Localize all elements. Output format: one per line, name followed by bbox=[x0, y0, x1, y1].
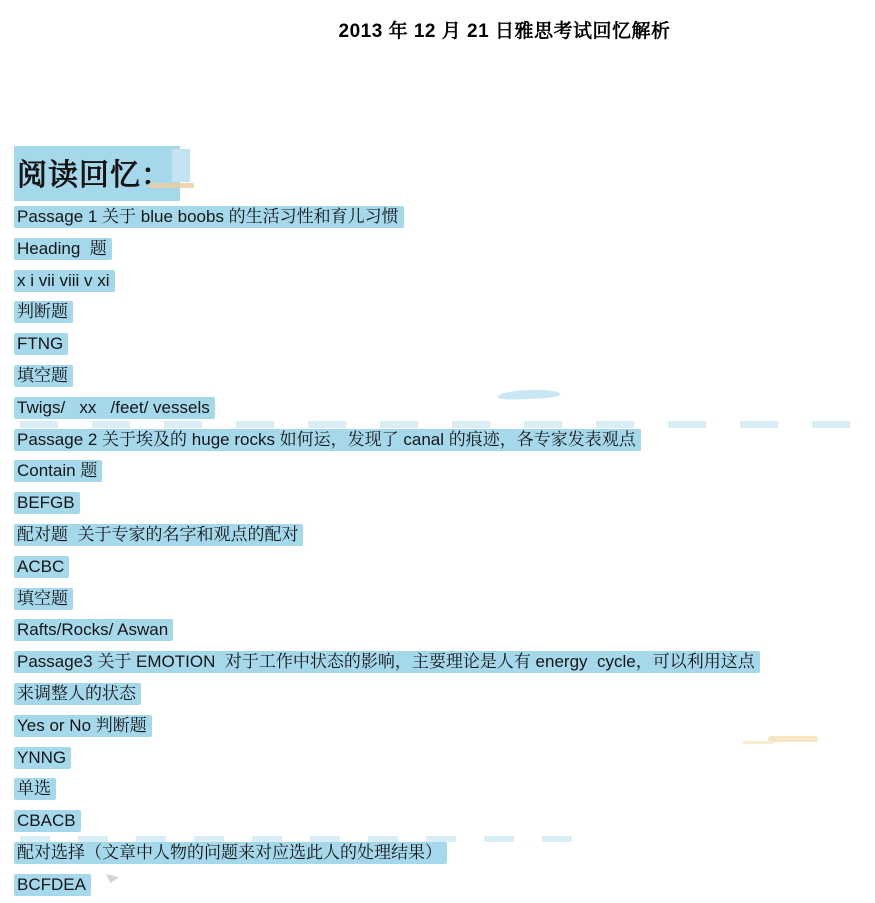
recall-line: 填空题 bbox=[14, 588, 875, 610]
recall-line: Twigs/ xx /feet/ vessels bbox=[14, 397, 875, 419]
recall-line: Passage 1 关于 blue boobs 的生活习性和育儿习惯 bbox=[14, 206, 875, 228]
page-title: 2013 年 12 月 21 日雅思考试回忆解析 bbox=[0, 16, 875, 43]
recall-line: Contain 题 bbox=[14, 460, 875, 482]
highlighted-text: 填空题 bbox=[14, 588, 73, 610]
highlighted-text: Passage 1 关于 blue boobs 的生活习性和育儿习惯 bbox=[14, 206, 404, 228]
recall-lines: Passage 1 关于 blue boobs 的生活习性和育儿习惯 Headi… bbox=[14, 206, 875, 903]
recall-line: YNNG bbox=[14, 747, 875, 769]
recall-line: 配对题 关于专家的名字和观点的配对 bbox=[14, 524, 875, 546]
highlighted-text: Passage3 关于 EMOTION 对于工作中状态的影响，主要理论是人有 e… bbox=[14, 651, 760, 673]
recall-line: Rafts/Rocks/ Aswan bbox=[14, 619, 875, 641]
recall-line: Passage3 关于 EMOTION 对于工作中状态的影响，主要理论是人有 e… bbox=[14, 651, 875, 673]
recall-line: 填空题 bbox=[14, 365, 875, 387]
highlighted-text: Passage 2 关于埃及的 huge rocks 如何运，发现了 canal… bbox=[14, 429, 641, 451]
highlighted-text: 配对选择（文章中人物的问题来对应选此人的处理结果） bbox=[14, 842, 447, 864]
recall-line: 判断题 bbox=[14, 301, 875, 323]
highlighted-text: BEFGB bbox=[14, 492, 80, 514]
recall-line: CBACB bbox=[14, 810, 875, 832]
recall-line: Passage 2 关于埃及的 huge rocks 如何运，发现了 canal… bbox=[14, 429, 875, 451]
highlighted-text: 配对题 关于专家的名字和观点的配对 bbox=[14, 524, 303, 546]
highlighted-text: 单选 bbox=[14, 778, 56, 800]
highlighted-text: YNNG bbox=[14, 747, 71, 769]
highlighted-text: CBACB bbox=[14, 810, 81, 832]
recall-line: Heading 题 bbox=[14, 238, 875, 260]
highlighted-text: 填空题 bbox=[14, 365, 73, 387]
recall-line: x i vii viii v xi bbox=[14, 270, 875, 292]
highlighted-text: 判断题 bbox=[14, 301, 73, 323]
recall-line: FTNG bbox=[14, 333, 875, 355]
highlighted-text: Heading 题 bbox=[14, 238, 112, 260]
recall-line: ACBC bbox=[14, 556, 875, 578]
highlighted-text: ACBC bbox=[14, 556, 69, 578]
highlighted-text: FTNG bbox=[14, 333, 68, 355]
section-heading-text: 阅读回忆： bbox=[14, 146, 180, 201]
highlighted-text: Rafts/Rocks/ Aswan bbox=[14, 619, 173, 641]
section-heading-reading-recall: 阅读回忆： bbox=[14, 146, 180, 201]
recall-line: BCFDEA bbox=[14, 874, 875, 896]
recall-line: 来调整人的状态 bbox=[14, 683, 875, 705]
recall-line: Yes or No 判断题 bbox=[14, 715, 875, 737]
recall-line: 配对选择（文章中人物的问题来对应选此人的处理结果） bbox=[14, 842, 875, 864]
highlighted-text: Yes or No 判断题 bbox=[14, 715, 152, 737]
highlighted-text: Contain 题 bbox=[14, 460, 102, 482]
recall-line: 单选 bbox=[14, 778, 875, 800]
highlighted-text: BCFDEA bbox=[14, 874, 91, 896]
highlighted-text: x i vii viii v xi bbox=[14, 270, 115, 292]
highlighted-text: Twigs/ xx /feet/ vessels bbox=[14, 397, 215, 419]
highlighted-text: 来调整人的状态 bbox=[14, 683, 141, 705]
recall-line: BEFGB bbox=[14, 492, 875, 514]
